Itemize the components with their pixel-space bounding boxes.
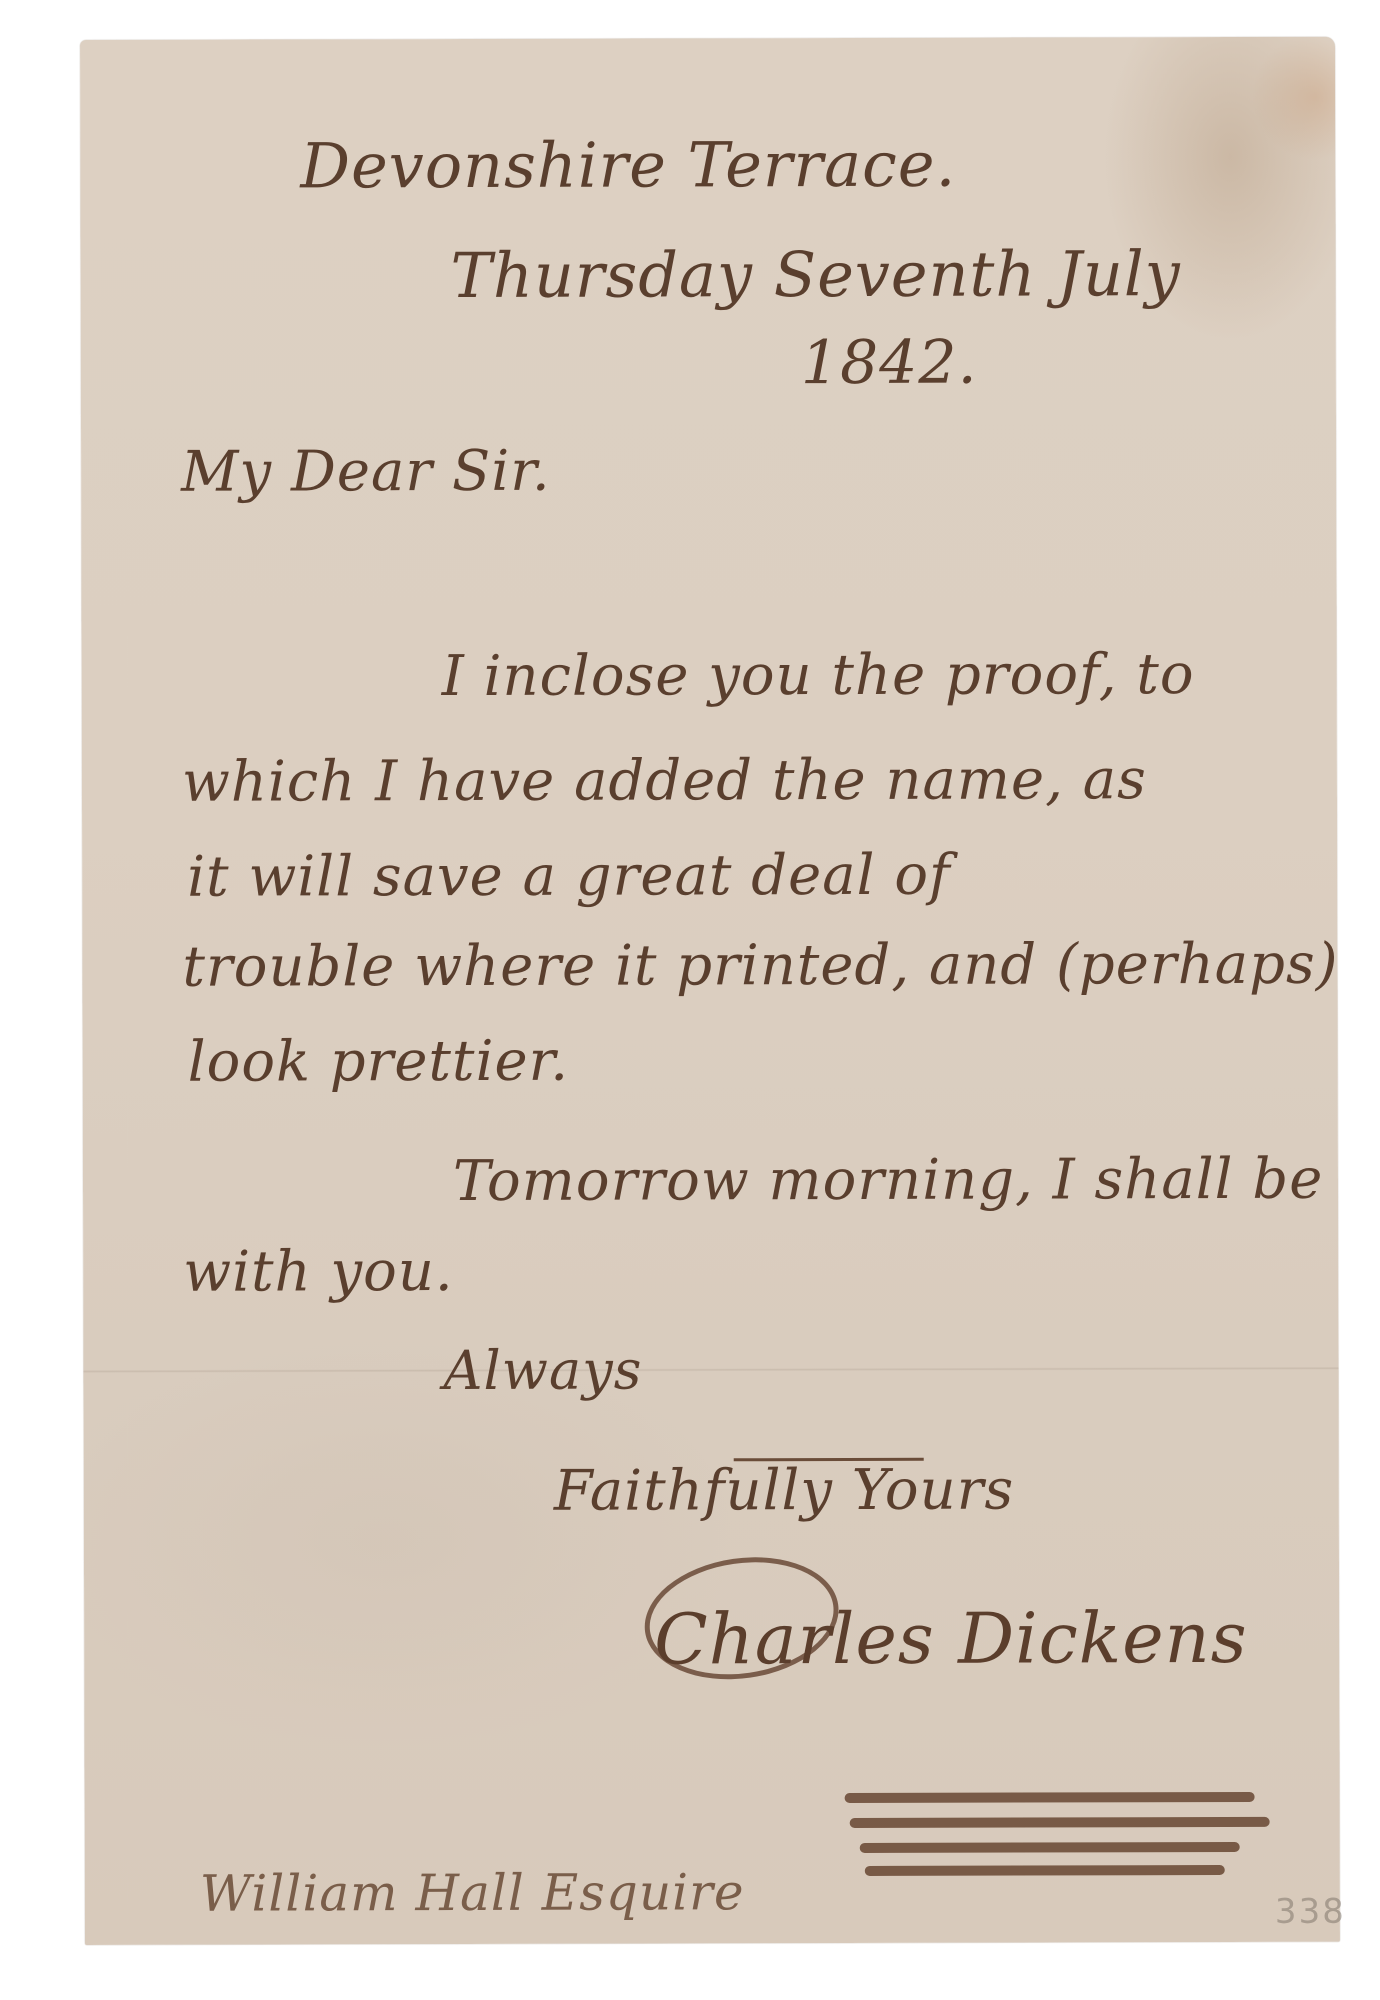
body-line: which I have added the name, as	[182, 747, 1147, 815]
signature-underline-flourish	[865, 1865, 1225, 1876]
closing-underline-stroke	[734, 1458, 924, 1461]
sender-address: Devonshire Terrace.	[300, 128, 956, 203]
body-line: it will save a great deal of	[187, 843, 951, 910]
closing-always: Always	[443, 1339, 642, 1403]
paper-fold-line	[83, 1367, 1338, 1373]
letter-year: 1842.	[801, 328, 978, 398]
signature-underline-flourish	[860, 1842, 1240, 1853]
salutation: My Dear Sir.	[181, 439, 551, 505]
signature-underline-flourish	[850, 1817, 1270, 1828]
letter-paper: Devonshire Terrace. Thursday Seventh Jul…	[80, 37, 1340, 1945]
closing-faithfully-yours: Faithfully Yours	[554, 1458, 1015, 1524]
body-line: with you.	[183, 1239, 454, 1305]
letter-date: Thursday Seventh July	[451, 237, 1181, 312]
body-line: I inclose you the proof, to	[442, 642, 1195, 709]
pencil-annotation: 338	[1275, 1892, 1346, 1932]
body-line: Tomorrow morning, I shall be	[453, 1147, 1323, 1214]
body-line: look prettier.	[188, 1029, 569, 1095]
body-line: trouble where it printed, and (perhaps)	[182, 932, 1338, 1000]
signature: Charles Dickens	[654, 1597, 1248, 1681]
signature-underline-flourish	[845, 1792, 1255, 1803]
addressee: William Hall Esquire	[200, 1863, 745, 1922]
closing-text: Faithfully Yours	[554, 1458, 1015, 1524]
